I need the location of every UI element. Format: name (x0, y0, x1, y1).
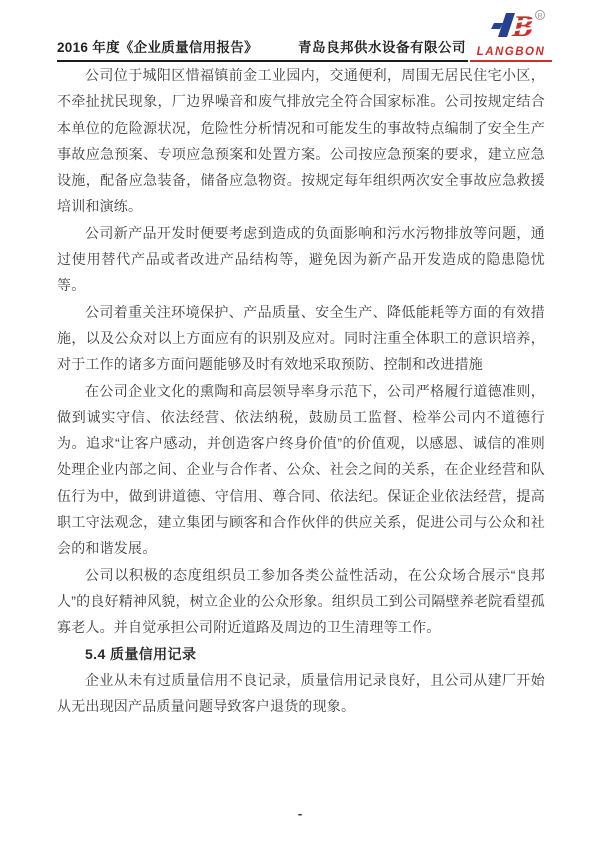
body-paragraph-1: 公司位于城阳区惜福镇前金工业园内，交通便利，周围无居民住宅小区，不牵扯扰民现象，… (57, 62, 545, 220)
langbon-logo-icon: B R (488, 8, 546, 45)
body-paragraph-4: 在公司企业文化的熏陶和高层领导率身示范下，公司严格履行道德准则，做到诚实守信、依… (57, 378, 545, 562)
report-title: 2016 年度《企业质量信用报告》 (57, 36, 258, 56)
section-heading-5-4: 5.4 质量信用记录 (57, 641, 545, 667)
body-paragraph-2: 公司新产品开发时便要考虑到造成的负面影响和污水污物排放等问题，通过使用替代产品或… (57, 220, 545, 299)
svg-text:R: R (537, 13, 542, 20)
body-paragraph-3: 公司着重关注环境保护、产品质量、安全生产、降低能耗等方面的有效措施，以及公众对以… (57, 299, 545, 378)
body-paragraph-5: 公司以积极的态度组织员工参加各类公益性活动，在公众场合展示“良邦人”的良好精神风… (57, 562, 545, 641)
page-header: 2016 年度《企业质量信用报告》 青岛良邦供水设备有限公司 B (0, 0, 600, 62)
langbon-brand-text: LANGBON (470, 46, 552, 62)
page-number: - (298, 806, 302, 821)
langbon-logo: B R LANGBON (466, 8, 552, 45)
registered-mark-icon: R (536, 11, 545, 20)
company-name: 青岛良邦供水设备有限公司 (298, 36, 466, 56)
report-body: 公司位于城阳区惜福镇前金工业园内，交通便利，周围无居民住宅小区，不牵扯扰民现象，… (57, 62, 545, 719)
section-paragraph: 企业从未有过质量信用不良记录，质量信用记录良好，且公司从建厂开始从无出现因产品质… (57, 667, 545, 720)
page-footer: - (0, 805, 600, 823)
report-page: 2016 年度《企业质量信用报告》 青岛良邦供水设备有限公司 B (0, 0, 600, 849)
